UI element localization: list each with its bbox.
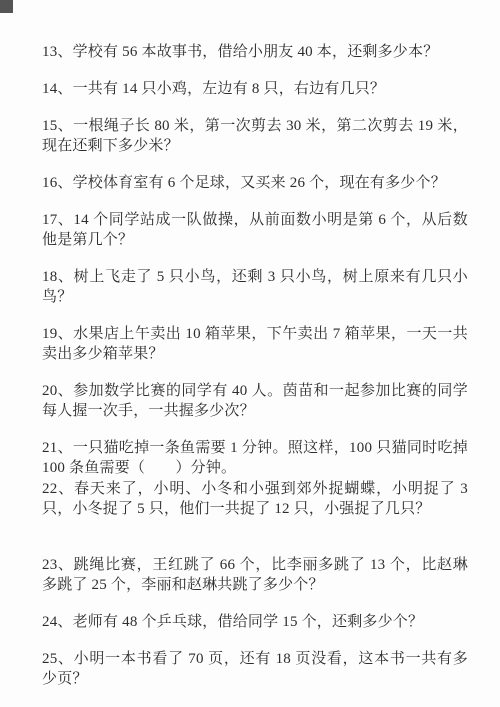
problem-item: 14、一共有 14 只小鸡，左边有 8 只，右边有几只？: [42, 79, 468, 99]
problem-item: 23、跳绳比赛，王红跳了 66 个，比李丽多跳了 13 个，比赵琳多跳了 25 …: [42, 555, 468, 595]
problems-list: 13、学校有 56 本故事书，借给小朋友 40 本，还剩多少本？14、一共有 1…: [42, 42, 468, 689]
problem-number: 25、: [42, 651, 74, 667]
problem-item: 17、14 个同学站成一队做操，从前面数小明是第 6 个，从后数他是第几个？: [42, 210, 468, 250]
problem-number: 17、: [42, 212, 73, 228]
problem-number: 18、: [42, 269, 74, 285]
problem-text: 跳绳比赛，王红跳了 66 个，比李丽多跳了 13 个，比赵琳多跳了 25 个，李…: [42, 557, 468, 593]
problem-item: 15、一根绳子长 80 米，第一次剪去 30 米，第二次剪去 19 米，现在还剩…: [42, 116, 468, 156]
problem-item: 22、春天来了，小明、小冬和小强到郊外捉蝴蝶，小明捉了 3 只，小冬捉了 5 只…: [42, 479, 468, 519]
problem-item: 21、一只猫吃掉一条鱼需要 1 分钟。照这样，100 只猫同时吃掉 100 条鱼…: [42, 438, 468, 478]
problem-item: 18、树上飞走了 5 只小鸟，还剩 3 只小鸟，树上原来有几只小鸟？: [42, 267, 468, 307]
problem-number: 19、: [42, 326, 73, 342]
problem-item: 25、小明一本书看了 70 页，还有 18 页没看，这本书一共有多少页？: [42, 649, 468, 689]
problem-number: 16、: [42, 175, 73, 191]
problem-number: 15、: [42, 118, 73, 134]
problem-number: 20、: [42, 383, 73, 399]
problem-text: 参加数学比赛的同学有 40 人。茵苗和一起参加比赛的同学每人握一次手，一共握多少…: [42, 383, 468, 419]
corner-artifact: [0, 0, 13, 13]
problem-item: 20、参加数学比赛的同学有 40 人。茵苗和一起参加比赛的同学每人握一次手，一共…: [42, 381, 468, 421]
problem-number: 24、: [42, 614, 73, 630]
problem-number: 21、: [42, 440, 73, 456]
problem-text: 水果店上午卖出 10 箱苹果，下午卖出 7 箱苹果，一天一共卖出多少箱苹果？: [42, 326, 468, 362]
problem-item: 16、学校体育室有 6 个足球，又买来 26 个，现在有多少个？: [42, 173, 468, 193]
problem-text: 学校有 56 本故事书，借给小朋友 40 本，还剩多少本？: [73, 44, 439, 60]
problem-number: 22、: [42, 481, 74, 497]
problem-item: 13、学校有 56 本故事书，借给小朋友 40 本，还剩多少本？: [42, 42, 468, 62]
problem-text: 一只猫吃掉一条鱼需要 1 分钟。照这样，100 只猫同时吃掉 100 条鱼需要（…: [42, 440, 468, 476]
problem-text: 树上飞走了 5 只小鸟，还剩 3 只小鸟，树上原来有几只小鸟？: [42, 269, 468, 305]
problem-text: 14 个同学站成一队做操，从前面数小明是第 6 个，从后数他是第几个？: [42, 212, 468, 248]
problem-number: 13、: [42, 44, 73, 60]
problem-item: 24、老师有 48 个乒乓球，借给同学 15 个，还剩多少个？: [42, 612, 468, 632]
problem-text: 一共有 14 只小鸡，左边有 8 只，右边有几只？: [73, 81, 386, 97]
problem-text: 春天来了，小明、小冬和小强到郊外捉蝴蝶，小明捉了 3 只，小冬捉了 5 只，他们…: [42, 481, 468, 517]
problem-text: 一根绳子长 80 米，第一次剪去 30 米，第二次剪去 19 米，现在还剩下多少…: [42, 118, 468, 154]
problem-text: 小明一本书看了 70 页，还有 18 页没看，这本书一共有多少页？: [42, 651, 468, 687]
problem-number: 14、: [42, 81, 73, 97]
problem-text: 老师有 48 个乒乓球，借给同学 15 个，还剩多少个？: [73, 614, 424, 630]
problem-number: 23、: [42, 557, 74, 573]
problem-item: 19、水果店上午卖出 10 箱苹果，下午卖出 7 箱苹果，一天一共卖出多少箱苹果…: [42, 324, 468, 364]
problem-text: 学校体育室有 6 个足球，又买来 26 个，现在有多少个？: [73, 175, 446, 191]
